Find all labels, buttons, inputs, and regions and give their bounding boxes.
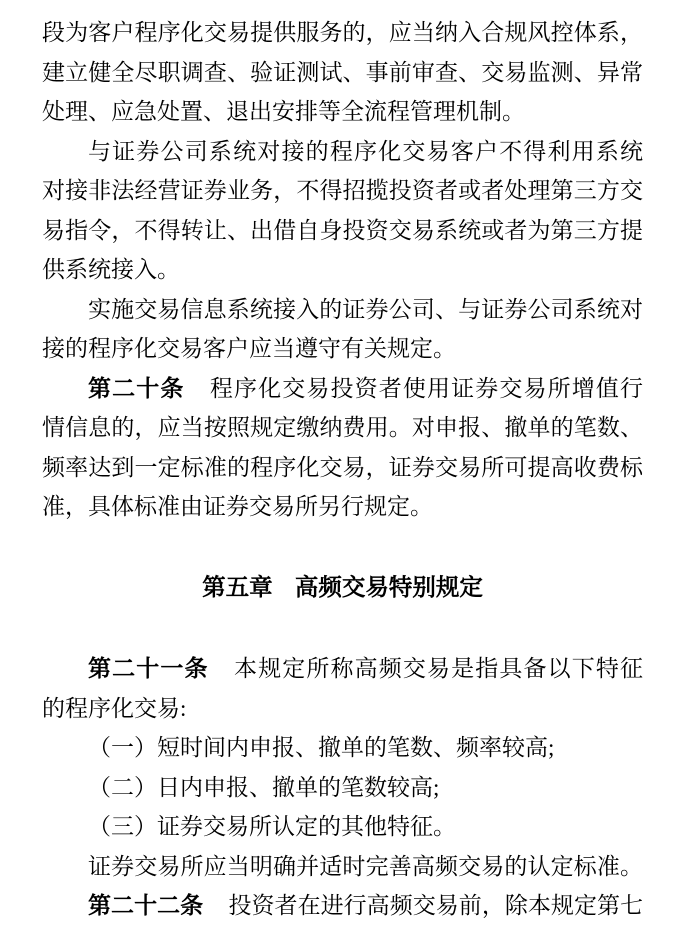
text-line: （二）日内申报、撤单的笔数较高;: [42, 768, 643, 808]
article-number: 第二十一条: [88, 655, 209, 681]
paragraph-article-21: 第二十一条本规定所称高频交易是指具备以下特征 的程序化交易:: [42, 649, 643, 728]
list-item: （一）短时间内申报、撤单的笔数、频率较高;: [42, 728, 643, 768]
chapter-heading: 第五章高频交易特别规定: [42, 568, 643, 608]
text-line: （三）证券交易所认定的其他特征。: [42, 807, 643, 847]
paragraph: 与证券公司系统对接的程序化交易客户不得利用系统 对接非法经营证券业务，不得招揽投…: [42, 132, 643, 290]
document-page: 段为客户程序化交易提供服务的，应当纳入合规风控体系， 建立健全尽职调查、验证测试…: [0, 0, 685, 938]
text-line: 第二十二条投资者在进行高频交易前，除本规定第七: [42, 886, 643, 926]
text-line: 第二十一条本规定所称高频交易是指具备以下特征: [42, 649, 643, 689]
paragraph: 实施交易信息系统接入的证券公司、与证券公司系统对 接的程序化交易客户应当遵守有关…: [42, 290, 643, 369]
chapter-number: 第五章: [202, 574, 273, 600]
text-line: （一）短时间内申报、撤单的笔数、频率较高;: [42, 728, 643, 768]
line-text: 程序化交易投资者使用证券交易所增值行: [210, 376, 643, 401]
text-line: 处理、应急处置、退出安排等全流程管理机制。: [42, 92, 643, 132]
paragraph-article-20: 第二十条程序化交易投资者使用证券交易所增值行 情信息的，应当按照规定缴纳费用。对…: [42, 369, 643, 527]
text-line: 与证券公司系统对接的程序化交易客户不得利用系统: [42, 132, 643, 172]
list-item: （三）证券交易所认定的其他特征。: [42, 807, 643, 847]
text-line: 对接非法经营证券业务，不得招揽投资者或者处理第三方交: [42, 171, 643, 211]
chapter-title: 高频交易特别规定: [295, 574, 483, 600]
text-line: 频率达到一定标准的程序化交易，证券交易所可提高收费标: [42, 448, 643, 488]
line-text: 投资者在进行高频交易前，除本规定第七: [228, 893, 643, 918]
text-line: 实施交易信息系统接入的证券公司、与证券公司系统对: [42, 290, 643, 330]
text-line: 接的程序化交易客户应当遵守有关规定。: [42, 329, 643, 369]
article-number: 第二十二条: [88, 892, 203, 918]
article-number: 第二十条: [88, 375, 185, 401]
paragraph-article-22: 第二十二条投资者在进行高频交易前，除本规定第七: [42, 886, 643, 926]
text-line: 证券交易所应当明确并适时完善高频交易的认定标准。: [42, 847, 643, 887]
text-line: 情信息的，应当按照规定缴纳费用。对申报、撤单的笔数、: [42, 408, 643, 448]
paragraph: 段为客户程序化交易提供服务的，应当纳入合规风控体系， 建立健全尽职调查、验证测试…: [42, 13, 643, 132]
paragraph: 证券交易所应当明确并适时完善高频交易的认定标准。: [42, 847, 643, 887]
text-line: 第二十条程序化交易投资者使用证券交易所增值行: [42, 369, 643, 409]
text-line: 易指令，不得转让、出借自身投资交易系统或者为第三方提: [42, 211, 643, 251]
text-line: 供系统接入。: [42, 250, 643, 290]
text-line: 建立健全尽职调查、验证测试、事前审查、交易监测、异常: [42, 53, 643, 93]
text-line: 段为客户程序化交易提供服务的，应当纳入合规风控体系，: [42, 13, 643, 53]
text-line: 准，具体标准由证券交易所另行规定。: [42, 487, 643, 527]
text-line: 的程序化交易:: [42, 689, 643, 729]
line-text: 本规定所称高频交易是指具备以下特征: [234, 656, 643, 681]
list-item: （二）日内申报、撤单的笔数较高;: [42, 768, 643, 808]
